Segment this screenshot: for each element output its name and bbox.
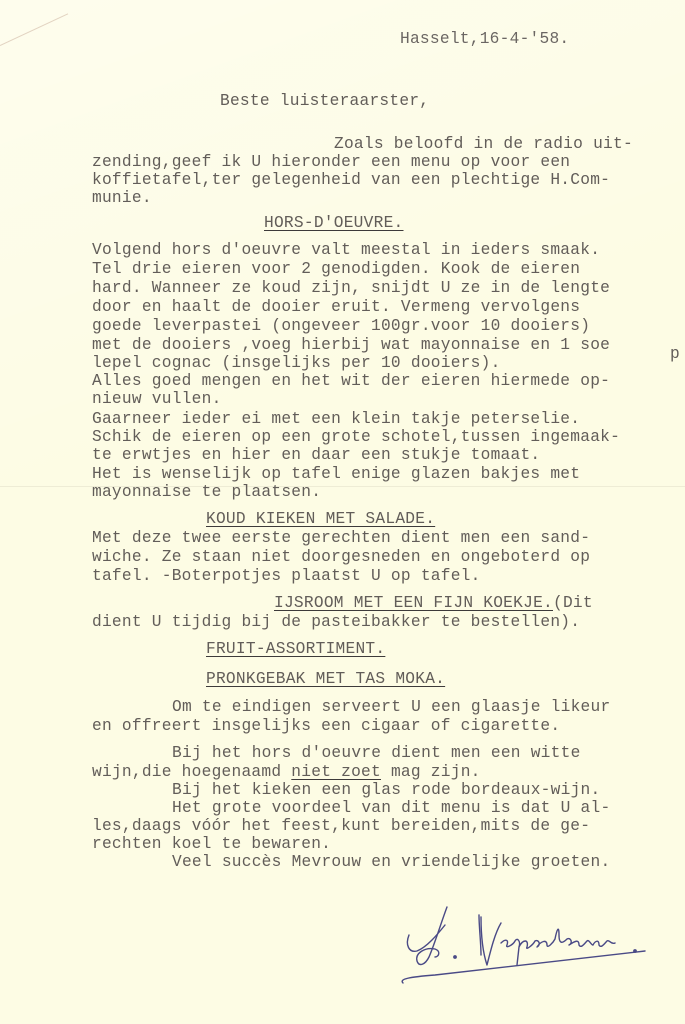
closing-line: Om te eindigen serveert U een glaasje li…: [172, 698, 610, 716]
body-line: lepel cognac (insgelijks per 10 dooiers)…: [92, 354, 501, 372]
section-heading-ijsroom: IJSROOM MET EEN FIJN KOEKJE.: [274, 594, 553, 612]
salutation: Beste luisteraarster,: [220, 92, 429, 110]
wine-line: Veel succès Mevrouw en vriendelijke groe…: [172, 853, 610, 871]
section-heading-fruit: FRUIT-ASSORTIMENT.: [206, 640, 385, 658]
body-line: te erwtjes en hier en daar een stukje to…: [92, 446, 540, 464]
body-line: hard. Wanneer ze koud zijn, snijdt U ze …: [92, 279, 610, 297]
body-line: Tel drie eieren voor 2 genodigden. Kook …: [92, 260, 580, 278]
wine-line: Bij het hors d'oeuvre dient men een witt…: [172, 744, 581, 762]
wine-line: les,daags vóór het feest,kunt bereiden,m…: [92, 817, 590, 835]
wine-line: Het grote voordeel van dit menu is dat U…: [172, 799, 610, 817]
wine-line-text: mag zijn.: [381, 763, 481, 781]
body-line: tafel. -Boterpotjes plaatst U op tafel.: [92, 567, 481, 585]
closing-line: en offreert insgelijks een cigaar of cig…: [92, 717, 560, 735]
signature: [395, 895, 675, 995]
body-line: Schik de eieren op een grote schotel,tus…: [92, 428, 620, 446]
overflow-char: p: [670, 345, 680, 363]
body-line: nieuw vullen.: [92, 390, 222, 408]
wine-line: wijn,die hoegenaamd niet zoet mag zijn.: [92, 763, 481, 781]
place-date: Hasselt,16-4-'58.: [400, 30, 569, 48]
section-heading-ijsroom-row: IJSROOM MET EEN FIJN KOEKJE.(Dit: [274, 594, 593, 612]
intro-line: Zoals beloofd in de radio uit-: [334, 135, 633, 153]
body-line: door en haalt de dooier eruit. Vermeng v…: [92, 298, 580, 316]
intro-line: munie.: [92, 189, 152, 207]
intro-line: koffietafel,ter gelegenheid van een plec…: [92, 171, 610, 189]
emphasis-underlined: niet zoet: [291, 763, 381, 781]
body-line: dient U tijdig bij de pasteibakker te be…: [92, 613, 580, 631]
section-heading-koud-kieken: KOUD KIEKEN MET SALADE.: [206, 510, 435, 528]
wine-line-text: wijn,die hoegenaamd: [92, 763, 291, 781]
body-line: Gaarneer ieder ei met een klein takje pe…: [92, 410, 580, 428]
body-line: Het is wenselijk op tafel enige glazen b…: [92, 465, 580, 483]
body-line: goede leverpastei (ongeveer 100gr.voor 1…: [92, 317, 590, 335]
ijsroom-heading-suffix: (Dit: [553, 594, 593, 612]
wine-line: rechten koel te bewaren.: [92, 835, 331, 853]
section-heading-pronkgebak: PRONKGEBAK MET TAS MOKA.: [206, 670, 445, 688]
signature-scribble-icon: [395, 895, 675, 995]
body-line: wiche. Ze staan niet doorgesneden en ong…: [92, 548, 590, 566]
section-heading-hors-doeuvre: HORS-D'OEUVRE.: [264, 214, 404, 232]
body-line: Volgend hors d'oeuvre valt meestal in ie…: [92, 241, 600, 259]
wine-line: Bij het kieken een glas rode bordeaux-wi…: [172, 781, 600, 799]
body-line: mayonnaise te plaatsen.: [92, 483, 321, 501]
body-line: Met deze twee eerste gerechten dient men…: [92, 529, 590, 547]
intro-line: zending,geef ik U hieronder een menu op …: [92, 153, 570, 171]
body-line: Alles goed mengen en het wit der eieren …: [92, 372, 610, 390]
body-line: met de dooiers ,voeg hierbij wat mayonna…: [92, 336, 610, 354]
